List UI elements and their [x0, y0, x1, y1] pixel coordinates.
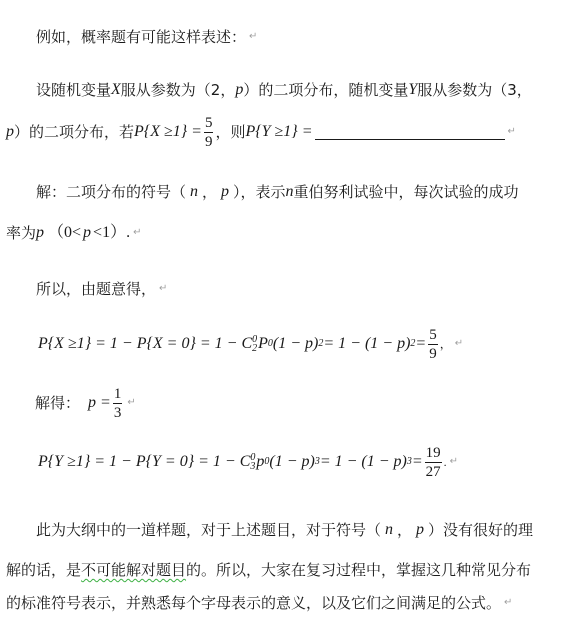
paragraph-mark-icon: ↵ [508, 122, 516, 142]
variable-x: X [111, 80, 121, 100]
solution-line-1: 解：二项分布的符号（ n ， p ），表示 n 重伯努利试验中，每次试验的成功 [36, 182, 519, 202]
punctuation: ， [440, 334, 452, 354]
conclusion-line-3: 的标准符号表示，并熟悉每个字母表示的意义，以及它们之间满足的公式。 ↵ [6, 593, 512, 613]
binomial-coefficient-indices: 0 2 [252, 335, 257, 353]
denominator: 9 [205, 133, 213, 150]
formula-text: = [412, 452, 423, 472]
variable-p: p [6, 122, 14, 142]
formula-text: = [415, 334, 426, 354]
variable-p: p [83, 223, 91, 243]
fraction-five-ninths: 5 9 [428, 327, 438, 362]
conclusion-text: 的。所以，大家在复习过程中，掌握这几种常见分布 [186, 560, 531, 580]
formula-text: (1 − p) [269, 452, 314, 472]
formula-text: = 1 − (1 − p) [320, 452, 407, 472]
problem-text: 服从参数为（2， [121, 80, 236, 100]
fraction-one-third: 1 3 [113, 386, 123, 421]
conclusion-line-1: 此为大纲中的一道样题，对于上述题目，对于符号（ n ， p ）没有很好的理 [36, 520, 533, 540]
numerator: 1 [113, 386, 123, 404]
grammar-flagged-text[interactable]: 不可能解对题目 [81, 560, 186, 580]
separator: ， [202, 182, 217, 202]
paragraph-mark-icon: ↵ [450, 452, 458, 472]
problem-line-1: 设随机变量 X 服从参数为（2， p ）的二项分布，随机变量 Y 服从参数为（3… [36, 80, 532, 100]
conclusion-text: 的标准符号表示，并熟悉每个字母表示的意义，以及它们之间满足的公式。 [6, 593, 501, 613]
problem-text: ）的二项分布，若 [14, 122, 134, 142]
therefore-paragraph: 所以，由题意得， ↵ [36, 279, 167, 299]
paragraph-mark-icon: ↵ [159, 279, 167, 299]
variable-p: p [416, 520, 424, 540]
formula-text: P{X ≥1} = 1 − P{X = 0} = 1 − C [38, 334, 252, 354]
intro-paragraph: 例如，概率题有可能这样表述： ↵ [36, 27, 257, 47]
intro-text: 例如，概率题有可能这样表述： [36, 27, 246, 47]
solved-p-line: 解得： p = 1 3 ↵ [35, 384, 136, 422]
formula-2: P{Y ≥1} = 1 − P{Y = 0} = 1 − C 0 3 p 0 (… [38, 443, 458, 481]
condition-expression: P{X ≥1} = [134, 122, 202, 142]
conclusion-text: 解的话，是 [6, 560, 81, 580]
solution-text: ），表示 [233, 182, 286, 202]
denominator: 27 [426, 463, 441, 480]
problem-text: ，则 [215, 122, 245, 142]
formula-1: P{X ≥1} = 1 − P{X = 0} = 1 − C 0 2 P 0 (… [38, 325, 463, 363]
paragraph-mark-icon: ↵ [127, 393, 135, 413]
therefore-text: 所以，由题意得， [36, 279, 156, 299]
numerator: 5 [204, 115, 214, 133]
solution-text: 率为 [6, 223, 36, 243]
conclusion-text: ）没有很好的理 [428, 520, 533, 540]
solution-text: 解：二项分布的符号（ [36, 182, 186, 202]
numerator: 19 [425, 445, 442, 463]
problem-line-2: p ）的二项分布，若 P{X ≥1} = 5 9 ，则 P{Y ≥1} = ↵ [6, 113, 516, 151]
numerator: 5 [428, 327, 438, 345]
variable-n: n [286, 182, 294, 202]
fraction-nineteen-twentysevenths: 19 27 [425, 445, 442, 480]
solution-line-2: 率为 p （0< p <1）. ↵ [6, 223, 141, 243]
problem-text: 设随机变量 [36, 80, 111, 100]
variable-p: p [36, 223, 44, 243]
formula-text: (1 − p) [273, 334, 318, 354]
variable-n: n [385, 520, 393, 540]
solved-expression: p = [88, 393, 111, 413]
solution-text: <1）. [93, 223, 130, 243]
denominator: 9 [429, 345, 437, 362]
variable-p: p [235, 80, 243, 100]
formula-text: p [256, 452, 264, 472]
problem-text: ）的二项分布，随机变量 [243, 80, 408, 100]
formula-text: P{Y ≥1} = 1 − P{Y = 0} = 1 − C [38, 452, 250, 472]
solved-label: 解得： [35, 393, 80, 413]
subscript: 3 [250, 462, 255, 471]
paragraph-mark-icon: ↵ [455, 334, 463, 354]
subscript: 2 [252, 344, 257, 353]
formula-text: = 1 − (1 − p) [323, 334, 410, 354]
variable-p: p [221, 182, 229, 202]
conclusion-text: 此为大纲中的一道样题，对于上述题目，对于符号（ [36, 520, 381, 540]
variable-n: n [190, 182, 198, 202]
denominator: 3 [114, 404, 122, 421]
conclusion-line-2: 解的话，是 不可能解对题目 的。所以，大家在复习过程中，掌握这几种常见分布 [6, 560, 531, 580]
solution-text: 重伯努利试验中，每次试验的成功 [294, 182, 519, 202]
solution-text: （0< [48, 223, 81, 243]
answer-blank [315, 125, 505, 140]
formula-text: P [258, 334, 268, 354]
binomial-coefficient-indices: 0 3 [250, 453, 255, 471]
separator: ， [397, 520, 412, 540]
paragraph-mark-icon: ↵ [133, 223, 141, 243]
paragraph-mark-icon: ↵ [504, 593, 512, 613]
punctuation: . [444, 452, 447, 472]
variable-y: Y [408, 80, 417, 100]
fraction-five-ninths: 5 9 [204, 115, 214, 150]
paragraph-mark-icon: ↵ [249, 27, 257, 47]
question-expression: P{Y ≥1} = [245, 122, 312, 142]
problem-text: 服从参数为（3， [417, 80, 532, 100]
